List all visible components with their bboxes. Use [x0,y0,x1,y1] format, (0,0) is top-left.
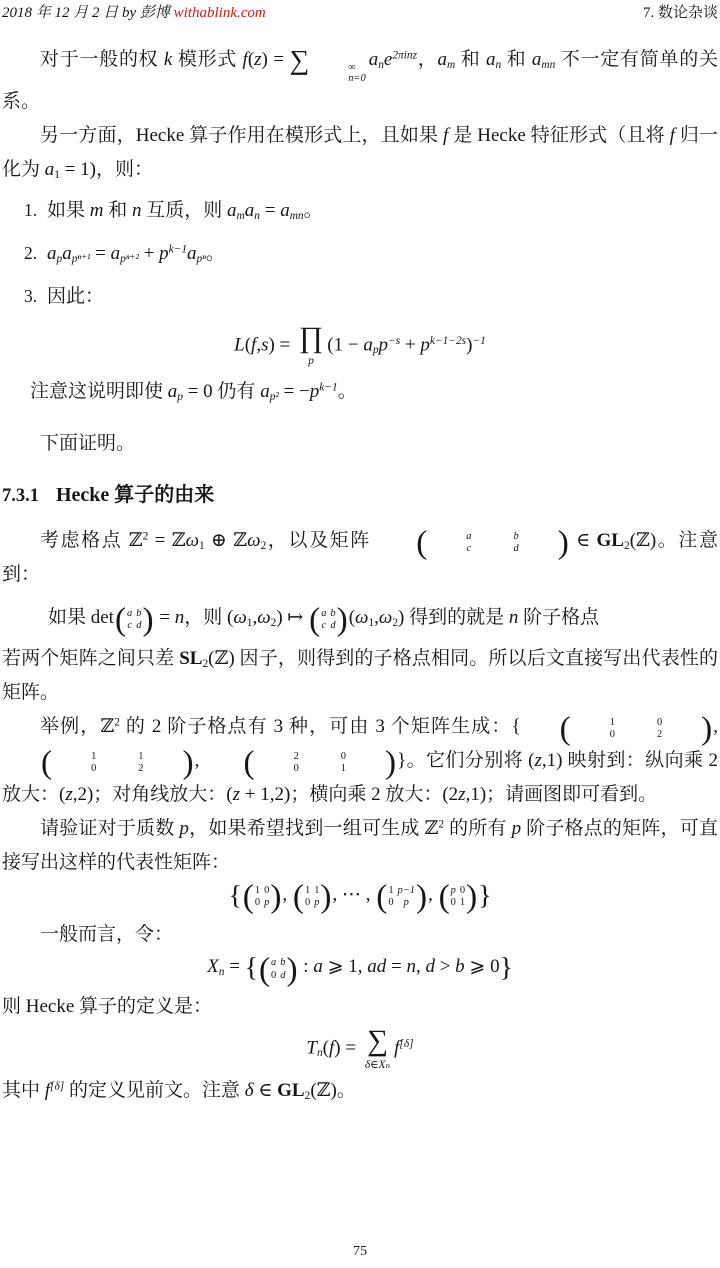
paragraph-f-delta-reference: 其中 f[δ] 的定义见前文。注意 δ ∈ GL2(ℤ)。 [2,1074,718,1108]
paragraph-proof-intro: 下面证明。 [2,427,718,461]
document-page: { "header": { "date_author": "2018 年 12 … [0,0,720,1268]
paragraph-prime-p-matrices: 请验证对于质数 p，如果希望找到一组可生成 ℤ2 的所有 p 阶子格点的矩阵，可… [2,812,718,880]
paragraph-weight-k-forms: 对于一般的权 k 模形式 f(z) = ∑∞n=0ane2πinz，am 和 a… [2,43,718,119]
document-body: 对于一般的权 k 模形式 f(z) = ∑∞n=0ane2πinz，am 和 a… [0,43,720,1108]
list-item: 1.如果 m 和 n 互质，则 aman = amn。 [24,195,718,226]
list-item: 2.apapⁿ⁺¹ = apⁿ⁺² + pk−1apⁿ。 [24,238,718,269]
paragraph-hecke-eigenform: 另一方面，Hecke 算子作用在模形式上，且如果 f 是 Hecke 特征形式（… [2,119,718,187]
display-equation-hecke-operator: Tn(f) = ∑δ∈Xₙf[δ] [2,1027,718,1071]
page-number: 75 [0,1244,720,1260]
paragraph-sl2-factor: 若两个矩阵之间只差 SL2(ℤ) 因子，则得到的子格点相同。所以后文直接写出代表… [2,642,718,710]
header-date-author: 2018 年 12 月 2 日 by 彭博 withablink.com [2,3,266,23]
list-item-text: 如果 m 和 n 互质，则 aman = amn。 [47,200,323,221]
header-date-text: 2018 年 12 月 2 日 by 彭博 [2,5,174,21]
display-line-det-condition: 如果 det(abcd) = n，则 (ω1,ω2) ↦ (abcd)(ω1,ω… [48,601,718,635]
display-equation-p-matrices-set: {(100p), (110p), ⋯ , (1p−10p), (p001)} [2,883,718,911]
list-item-number: 1. [24,195,47,226]
page-header: 2018 年 12 月 2 日 by 彭博 withablink.com 7. … [0,0,720,23]
section-heading: 7.3.1Hecke 算子的由来 [2,482,718,509]
paragraph-note-ap-zero: 注意这说明即使 ap = 0 仍有 ap² = −pk−1。 [30,375,718,409]
paragraph-hecke-definition-intro: 则 Hecke 算子的定义是： [2,990,718,1024]
paragraph-lattice-setup: 考虑格点 ℤ2 = ℤω1 ⊕ ℤω2，以及矩阵 (abcd) ∈ GL2(ℤ)… [2,524,718,592]
list-item-text: 因此： [47,286,104,307]
paragraph-in-general: 一般而言，令： [2,918,718,952]
property-list: 1.如果 m 和 n 互质，则 aman = amn。 2.apapⁿ⁺¹ = … [2,195,718,312]
display-equation-l-function: L(f,s) = ∏p(1 − app−s + pk−1−2s)−1 [2,324,718,368]
list-item-number: 3. [24,281,47,312]
display-equation-xn-definition: Xn = {(ab0d) : a ⩾ 1, ad = n, d > b ⩾ 0} [2,955,718,983]
header-chapter-title: 7. 数论杂谈 [643,3,718,23]
section-number: 7.3.1 [2,486,39,506]
section-title: Hecke 算子的由来 [56,484,214,506]
list-item-number: 2. [24,238,47,269]
header-site-link[interactable]: withablink.com [174,5,266,21]
paragraph-order2-example: 举例，ℤ2 的 2 阶子格点有 3 种，可由 3 个矩阵生成：{(1002), … [2,710,718,812]
list-item: 3.因此： [24,281,718,312]
list-item-text: apapⁿ⁺¹ = apⁿ⁺² + pk−1apⁿ。 [47,243,225,264]
